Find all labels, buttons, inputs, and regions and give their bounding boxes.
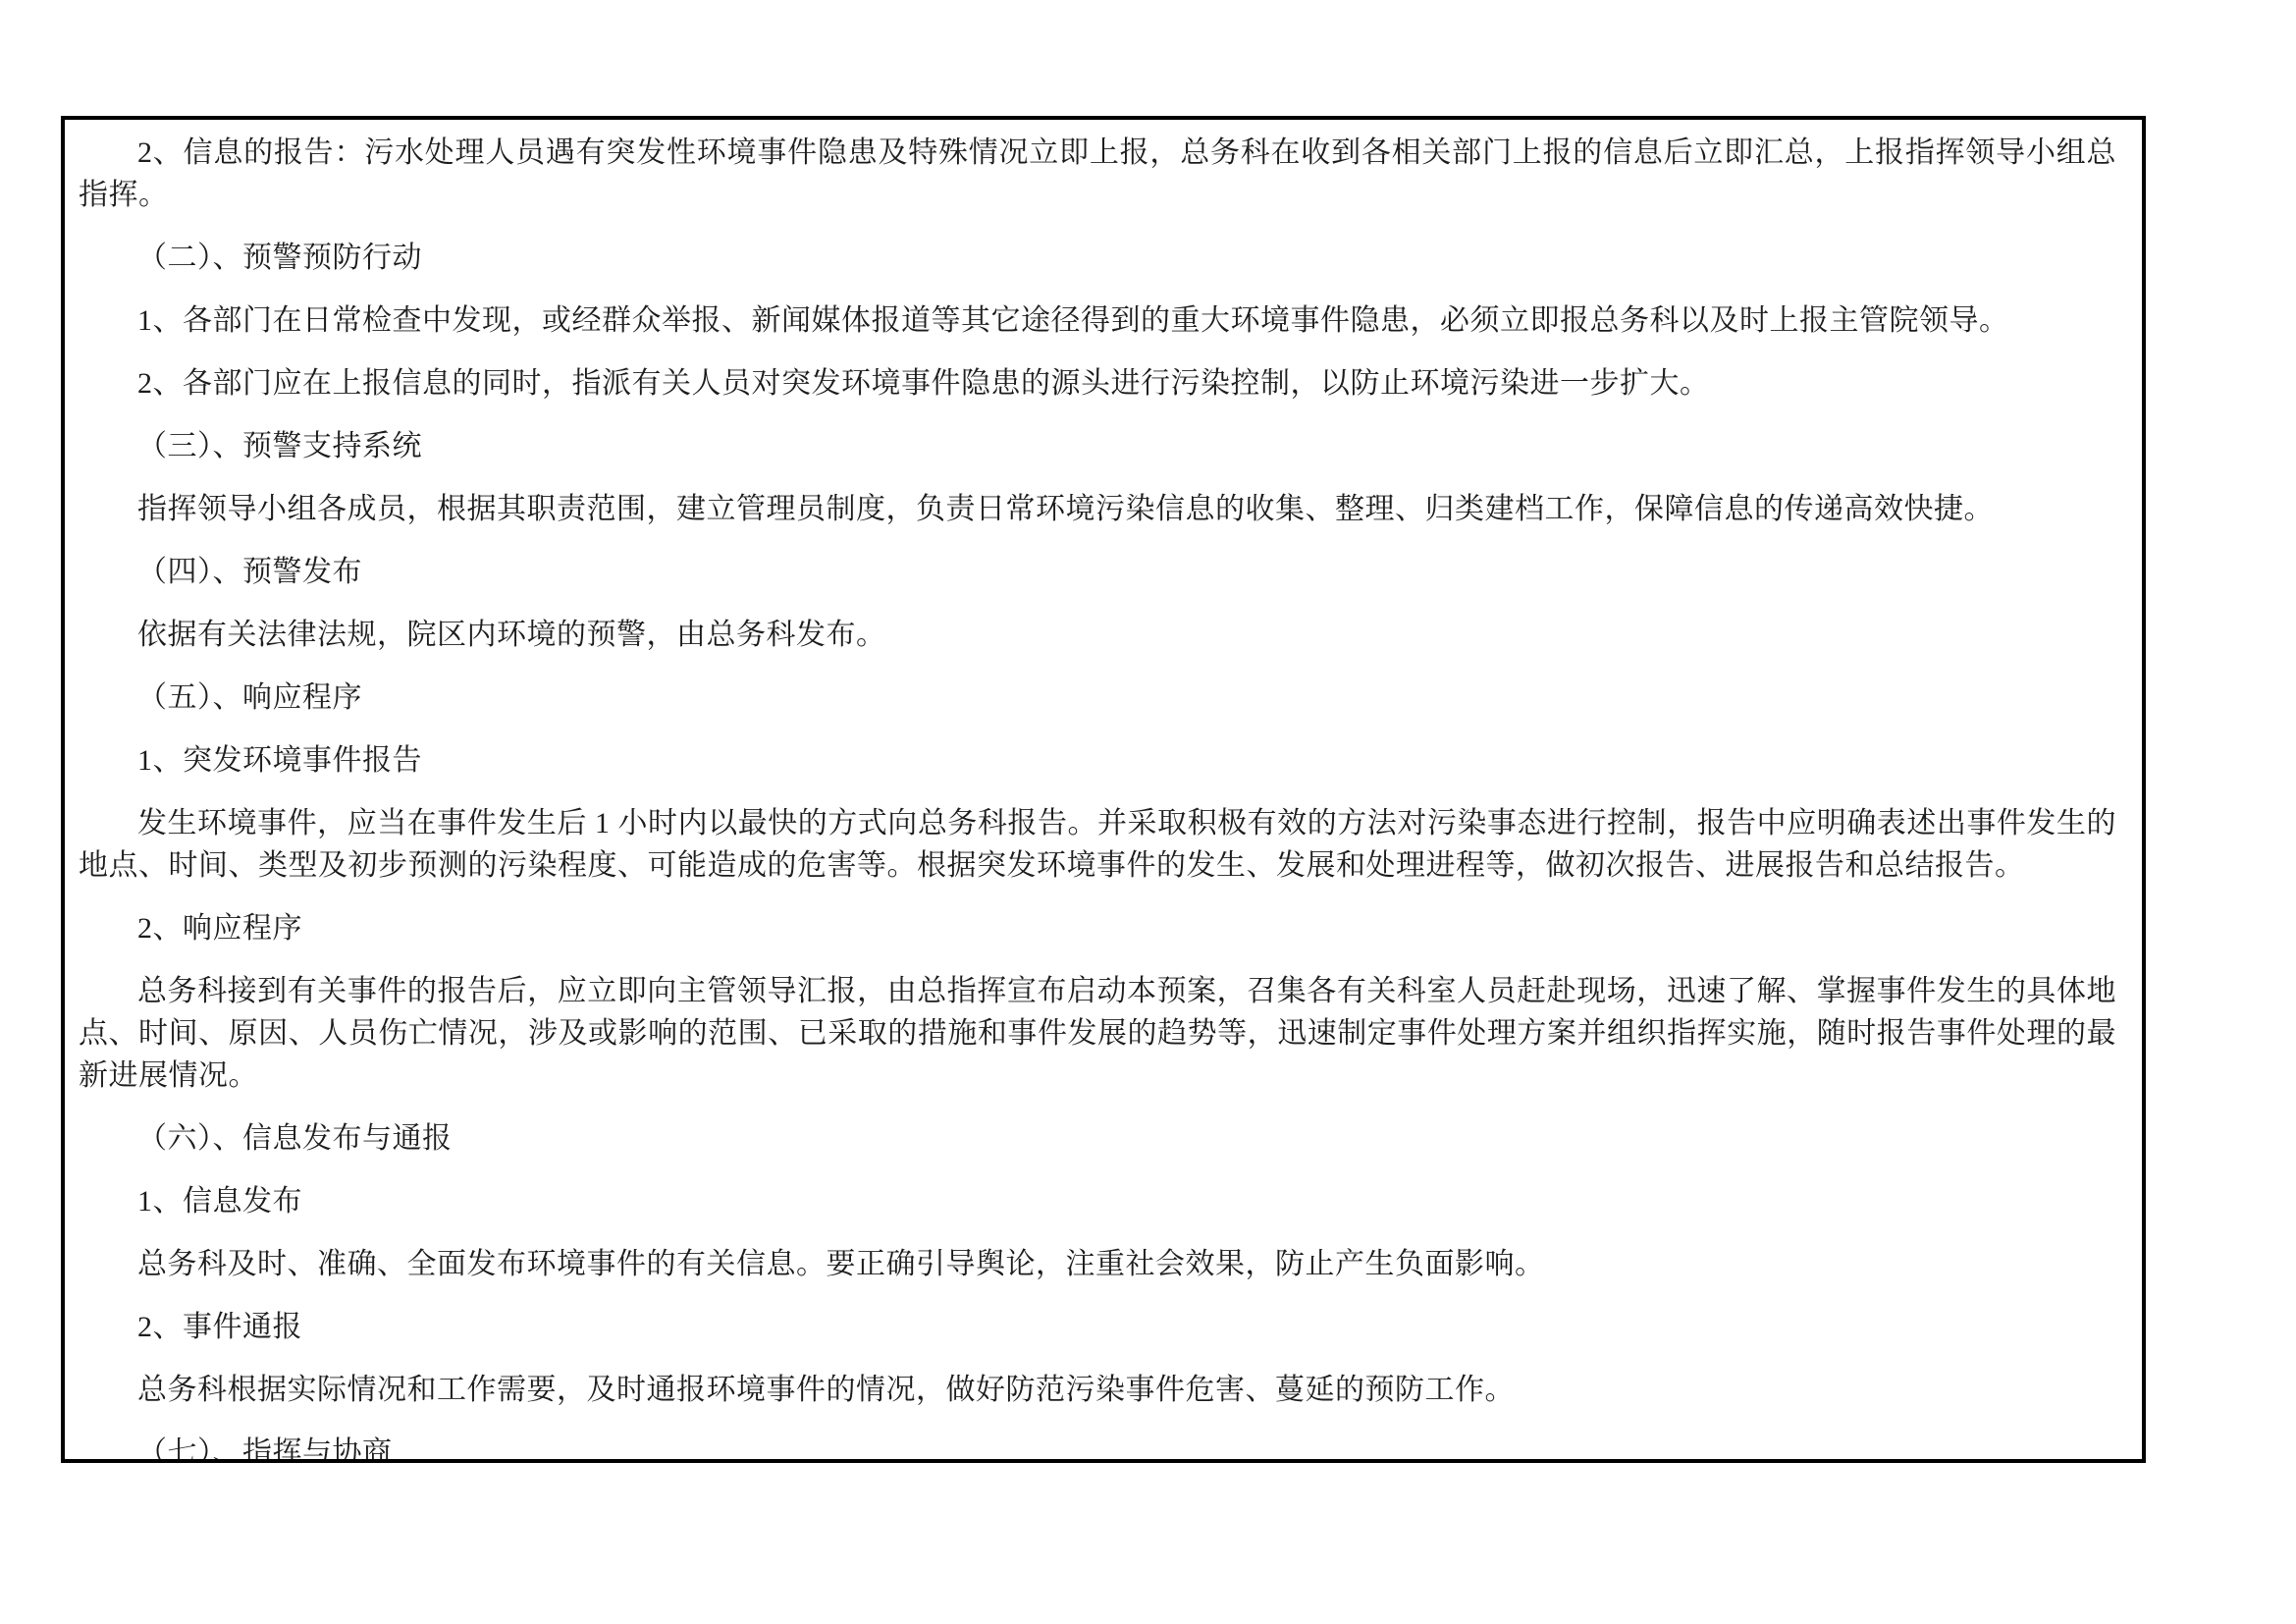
paragraph-18: 总务科根据实际情况和工作需要，及时通报环境事件的情况，做好防范污染事件危害、蔓延… bbox=[79, 1369, 2116, 1411]
paragraph-13: 总务科接到有关事件的报告后，应立即向主管领导汇报，由总指挥宣布启动本预案，召集各… bbox=[79, 970, 2116, 1097]
section-heading-9: （五）、响应程序 bbox=[79, 677, 2116, 719]
paragraph-4: 2、各部门应在上报信息的同时，指派有关人员对突发环境事件隐患的源头进行污染控制，… bbox=[79, 362, 2116, 405]
paragraph-8: 依据有关法律法规，院区内环境的预警，由总务科发布。 bbox=[79, 614, 2116, 656]
content-box: 2、信息的报告：污水处理人员遇有突发性环境事件隐患及特殊情况立即上报，总务科在收… bbox=[61, 116, 2146, 1463]
section-heading-7: （四）、预警发布 bbox=[79, 551, 2116, 593]
paragraph-17: 2、事件通报 bbox=[79, 1306, 2116, 1348]
paragraph-16: 总务科及时、准确、全面发布环境事件的有关信息。要正确引导舆论，注重社会效果，防止… bbox=[79, 1243, 2116, 1285]
paragraph-11: 发生环境事件，应当在事件发生后 1 小时内以最快的方式向总务科报告。并采取积极有… bbox=[79, 802, 2116, 887]
paragraph-15: 1、信息发布 bbox=[79, 1180, 2116, 1222]
paragraph-1: 2、信息的报告：污水处理人员遇有突发性环境事件隐患及特殊情况立即上报，总务科在收… bbox=[79, 132, 2116, 216]
paragraph-12: 2、响应程序 bbox=[79, 907, 2116, 949]
section-heading-14: （六）、信息发布与通报 bbox=[79, 1117, 2116, 1160]
section-heading-5: （三）、预警支持系统 bbox=[79, 425, 2116, 467]
paragraph-10: 1、突发环境事件报告 bbox=[79, 739, 2116, 782]
paragraph-3: 1、各部门在日常检查中发现，或经群众举报、新闻媒体报道等其它途径得到的重大环境事… bbox=[79, 299, 2116, 342]
section-heading-2: （二）、预警预防行动 bbox=[79, 237, 2116, 279]
paragraph-6: 指挥领导小组各成员，根据其职责范围，建立管理员制度，负责日常环境污染信息的收集、… bbox=[79, 488, 2116, 530]
section-heading-19: （七）、指挥与协商 bbox=[79, 1432, 2116, 1463]
